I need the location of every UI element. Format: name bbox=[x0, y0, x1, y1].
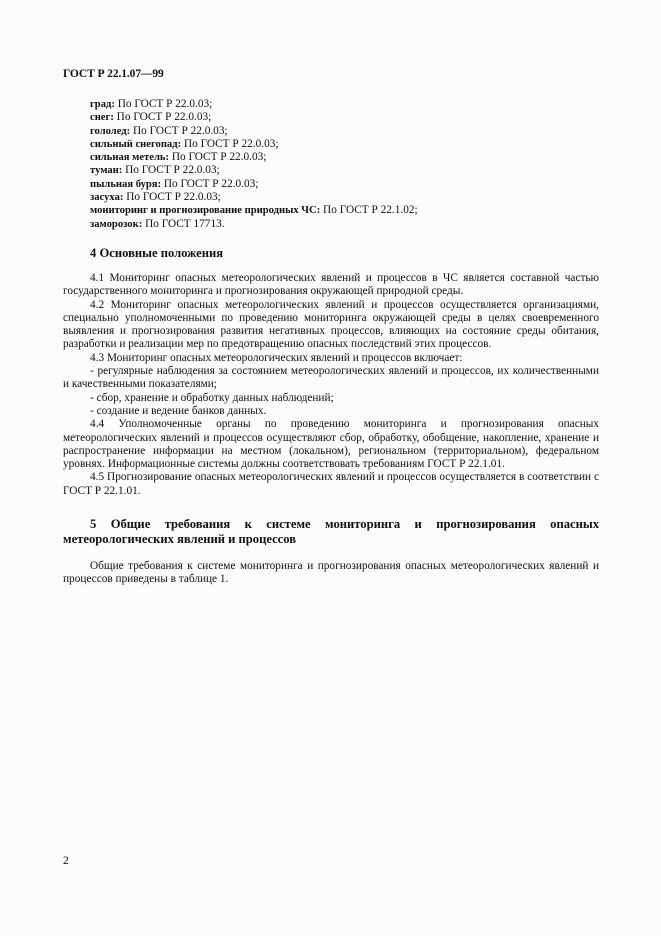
term-item: пыльная буря: По ГОСТ Р 22.0.03; bbox=[90, 178, 418, 191]
term-name: засуха: bbox=[90, 192, 123, 203]
term-name: сильная метель: bbox=[90, 152, 169, 163]
page-number: 2 bbox=[63, 855, 69, 867]
term-item: сильный снегопад: По ГОСТ Р 22.0.03; bbox=[90, 138, 418, 151]
term-item: туман: По ГОСТ Р 22.0.03; bbox=[90, 164, 418, 177]
paragraph-4-4: 4.4 Уполномоченные органы по проведению … bbox=[63, 418, 599, 471]
list-item-data-banks: - создание и ведение банков данных. bbox=[63, 405, 599, 418]
term-item: мониторинг и прогнозирование природных Ч… bbox=[90, 204, 418, 217]
term-item: снег: По ГОСТ Р 22.0.03; bbox=[90, 111, 418, 124]
term-item: засуха: По ГОСТ Р 22.0.03; bbox=[90, 191, 418, 204]
term-item: заморозок: По ГОСТ 17713. bbox=[90, 218, 418, 231]
term-reference: По ГОСТ 17713. bbox=[142, 218, 224, 230]
term-item: град: По ГОСТ Р 22.0.03; bbox=[90, 98, 418, 111]
section-4-heading: 4 Основные положения bbox=[90, 246, 223, 261]
list-item-observations: - регулярные наблюдения за состоянием ме… bbox=[63, 365, 599, 392]
term-reference: По ГОСТ Р 22.0.03; bbox=[130, 125, 227, 137]
term-item: сильная метель: По ГОСТ Р 22.0.03; bbox=[90, 151, 418, 164]
paragraph-4-5: 4.5 Прогнозирование опасных метеорологич… bbox=[63, 471, 599, 498]
terms-list: град: По ГОСТ Р 22.0.03; снег: По ГОСТ Р… bbox=[90, 98, 418, 231]
section-4-body: 4.1 Мониторинг опасных метеорологических… bbox=[63, 272, 599, 498]
section-5-body: Общие требования к системе мониторинга и… bbox=[63, 560, 599, 587]
term-reference: По ГОСТ Р 22.0.03; bbox=[123, 191, 220, 203]
term-name: град: bbox=[90, 99, 115, 110]
term-reference: По ГОСТ Р 22.0.03; bbox=[114, 111, 211, 123]
term-reference: По ГОСТ Р 22.0.03; bbox=[169, 151, 266, 163]
paragraph-4-2: 4.2 Мониторинг опасных метеорологических… bbox=[63, 299, 599, 352]
term-name: гололед: bbox=[90, 126, 130, 137]
term-name: туман: bbox=[90, 165, 122, 176]
document-code-header: ГОСТ Р 22.1.07—99 bbox=[63, 68, 164, 80]
term-reference: По ГОСТ Р 22.0.03; bbox=[181, 138, 278, 150]
paragraph-5-intro: Общие требования к системе мониторинга и… bbox=[63, 560, 599, 587]
term-name: мониторинг и прогнозирование природных Ч… bbox=[90, 205, 320, 216]
paragraph-4-1: 4.1 Мониторинг опасных метеорологических… bbox=[63, 272, 599, 299]
term-reference: По ГОСТ Р 22.0.03; bbox=[115, 98, 212, 110]
term-name: сильный снегопад: bbox=[90, 139, 181, 150]
term-name: пыльная буря: bbox=[90, 179, 161, 190]
term-reference: По ГОСТ Р 22.0.03; bbox=[122, 164, 219, 176]
paragraph-4-3: 4.3 Мониторинг опасных метеорологических… bbox=[63, 352, 599, 365]
term-reference: По ГОСТ Р 22.1.02; bbox=[320, 204, 417, 216]
term-name: заморозок: bbox=[90, 219, 142, 230]
term-item: гололед: По ГОСТ Р 22.0.03; bbox=[90, 125, 418, 138]
section-5-heading: 5 Общие требования к системе мониторинга… bbox=[63, 517, 599, 547]
list-item-data-collection: - сбор, хранение и обработку данных набл… bbox=[63, 392, 599, 405]
term-name: снег: bbox=[90, 112, 114, 123]
term-reference: По ГОСТ Р 22.0.03; bbox=[161, 178, 258, 190]
